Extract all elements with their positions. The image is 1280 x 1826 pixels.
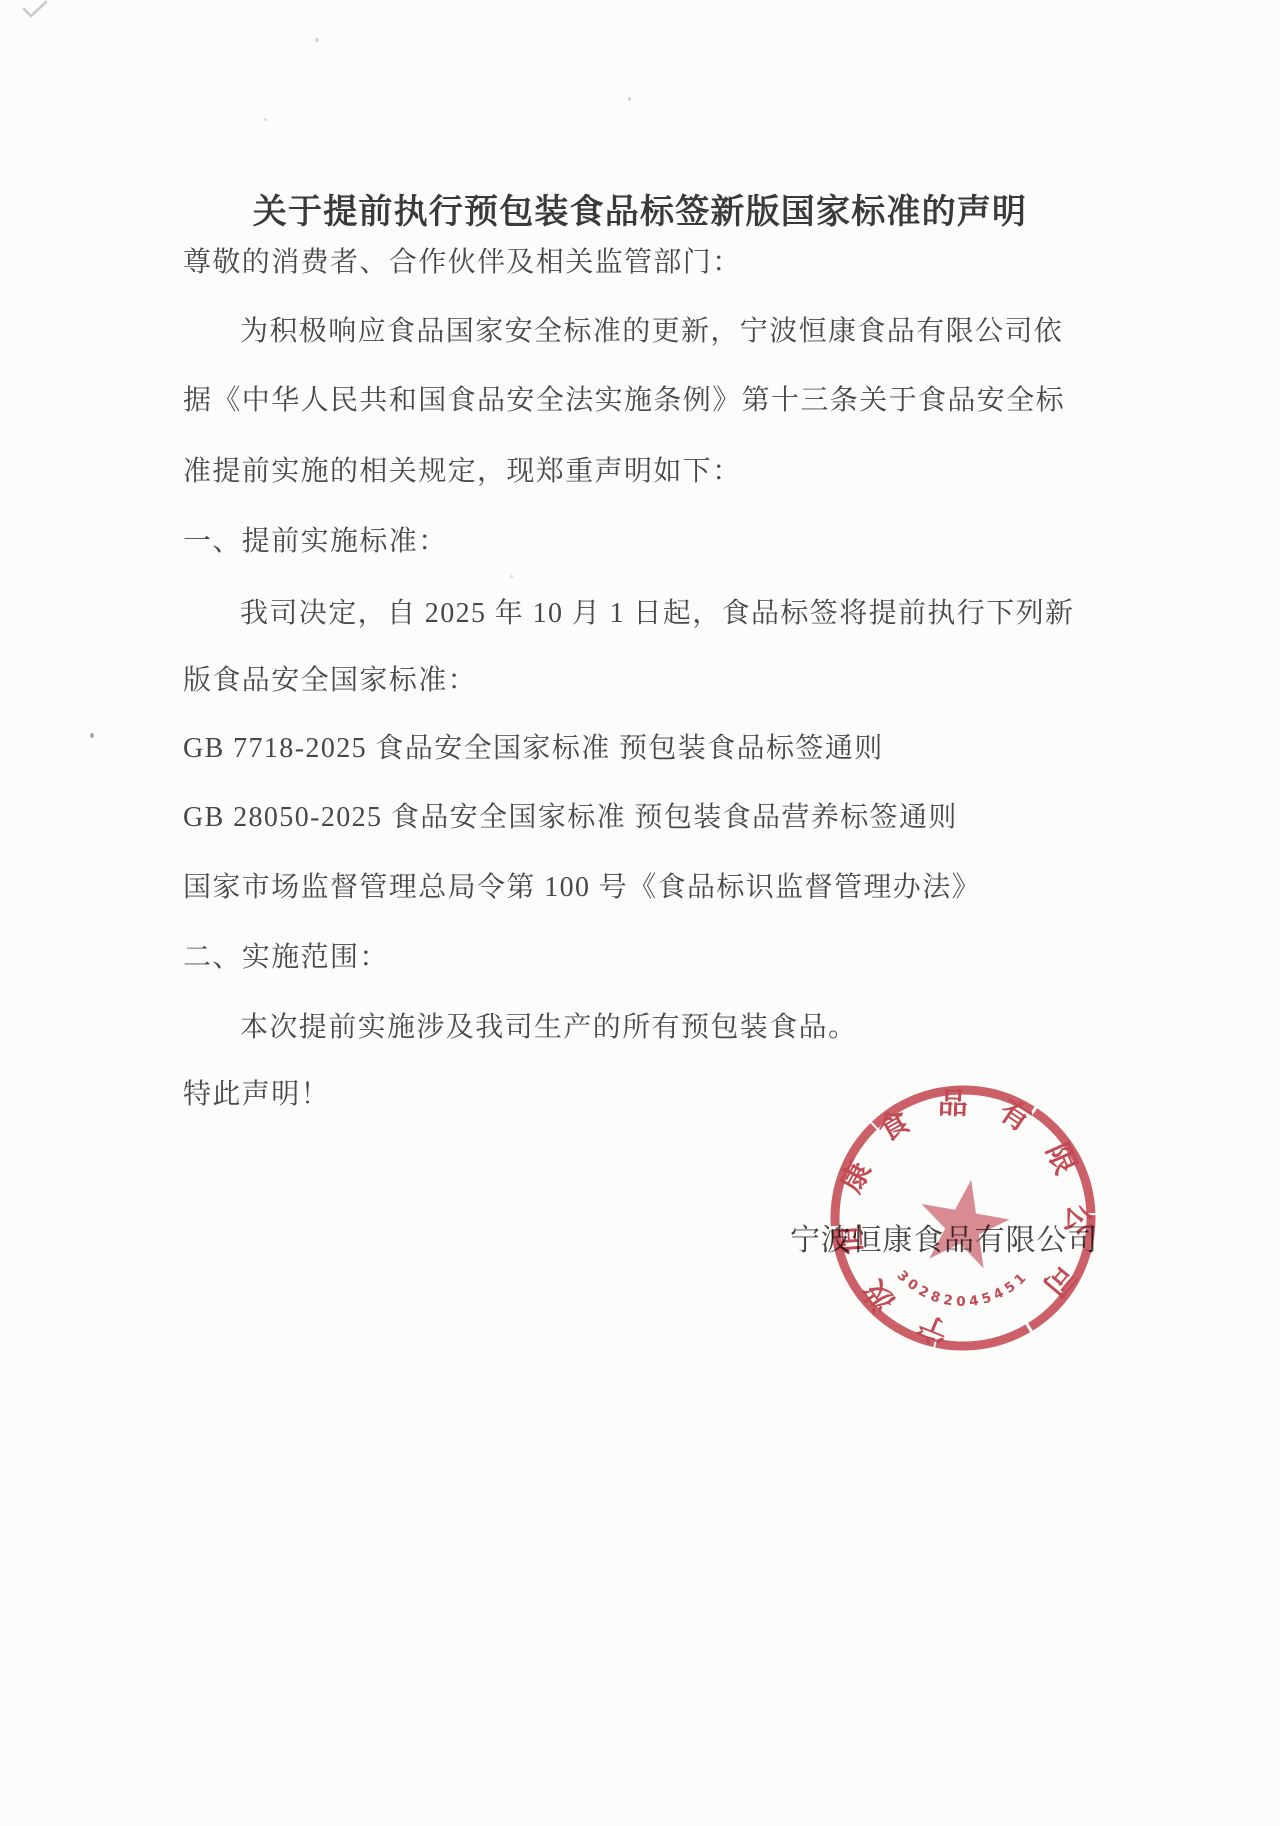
- body-line: 据《中华人民共和国食品安全法实施条例》第十三条关于食品安全标: [183, 384, 1065, 418]
- scan-speck: [264, 118, 267, 121]
- scan-speck: [315, 38, 319, 42]
- scan-speck: [510, 575, 513, 578]
- pencil-check-mark: [22, 0, 50, 20]
- standard-line: GB 28050-2025 食品安全国家标准 预包装食品营养标签通则: [183, 801, 958, 835]
- body-line: 为积极响应食品国家安全标准的更新，宁波恒康食品有限公司依: [240, 315, 1063, 349]
- section-heading: 一、提前实施标准：: [183, 525, 448, 559]
- standard-line: 国家市场监督管理总局令第 100 号《食品标识监督管理办法》: [183, 871, 981, 905]
- section-heading: 二、实施范围：: [183, 941, 389, 975]
- body-line: 准提前实施的相关规定，现郑重声明如下：: [183, 455, 742, 489]
- star-icon: [912, 1172, 1015, 1271]
- company-seal: 宁波恒康食品有限公司 3302820454512: [825, 1080, 1101, 1356]
- body-line: 我司决定，自 2025 年 10 月 1 日起，食品标签将提前执行下列新: [240, 597, 1074, 631]
- body-line: 本次提前实施涉及我司生产的所有预包装食品。: [240, 1011, 857, 1045]
- scan-speck: [628, 97, 631, 101]
- scan-speck: [90, 733, 94, 738]
- standard-line: GB 7718-2025 食品安全国家标准 预包装食品标签通则: [183, 732, 884, 766]
- closing-line: 特此声明！: [183, 1078, 330, 1112]
- body-line: 版食品安全国家标准：: [183, 664, 477, 698]
- salutation-line: 尊敬的消费者、合作伙伴及相关监管部门：: [183, 246, 742, 280]
- scanned-document-page: 关于提前执行预包装食品标签新版国家标准的声明 尊敬的消费者、合作伙伴及相关监管部…: [0, 0, 1280, 1826]
- document-title: 关于提前执行预包装食品标签新版国家标准的声明: [0, 184, 1280, 233]
